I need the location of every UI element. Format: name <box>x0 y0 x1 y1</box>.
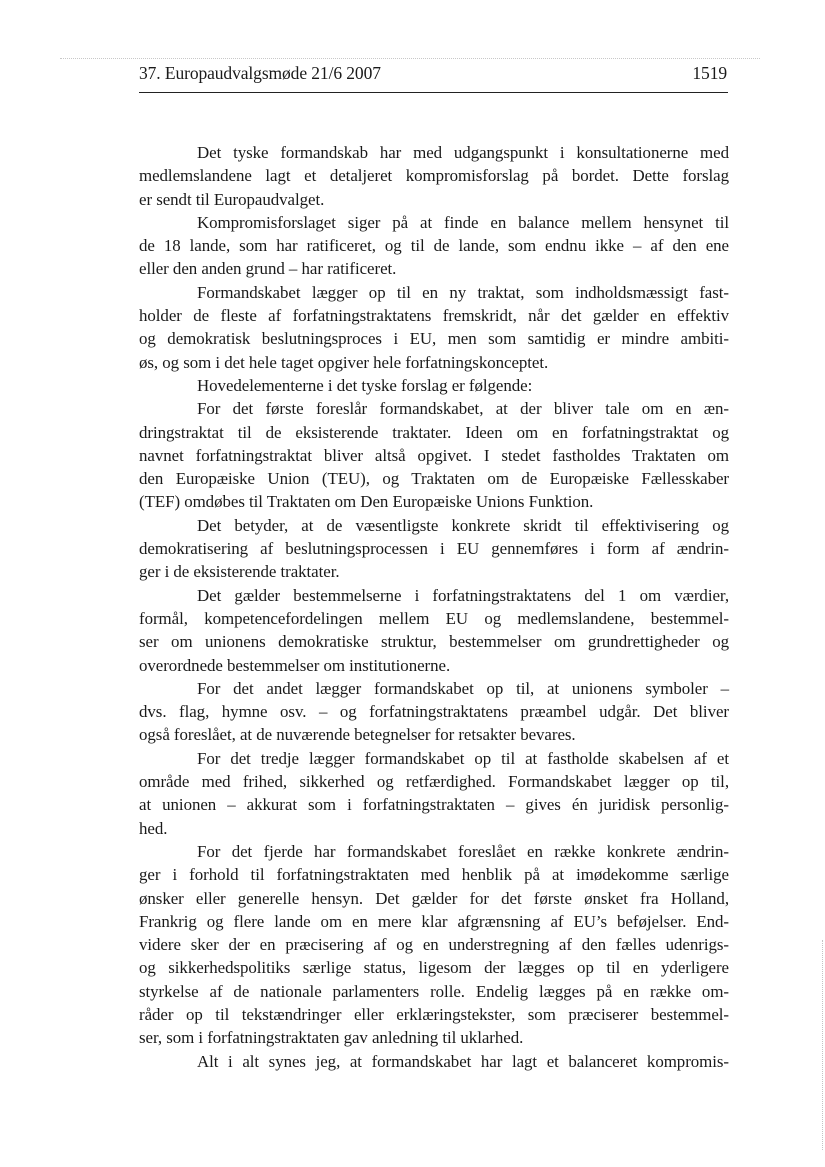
text-line: de 18 lande, som har ratificeret, og til… <box>139 234 729 257</box>
text-line: navnet forfatningstraktat bliver altså o… <box>139 444 729 467</box>
text-line: at unionen – akkurat som i forfatningstr… <box>139 793 729 816</box>
text-line: dvs. flag, hymne osv. – og forfatningstr… <box>139 700 729 723</box>
paragraph: Formandskabet lægger op til en ny trakta… <box>139 281 729 374</box>
paragraph: Det gælder bestemmelserne i forfatningst… <box>139 584 729 677</box>
text-line: Kompromisforslaget siger på at finde en … <box>139 211 729 234</box>
text-line: formål, kompetencefordelingen mellem EU … <box>139 607 729 630</box>
text-line: ger i de eksisterende traktater. <box>139 560 729 583</box>
text-line: (TEF) omdøbes til Traktaten om Den Europ… <box>139 490 729 513</box>
text-line: Det gælder bestemmelserne i forfatningst… <box>139 584 729 607</box>
header-rule <box>139 92 728 93</box>
paragraph: Det betyder, at de væsentligste konkrete… <box>139 514 729 584</box>
text-line: eller den anden grund – har ratificeret. <box>139 257 729 280</box>
running-head: 37. Europaudvalgsmøde 21/6 2007 1519 <box>139 63 727 87</box>
text-line: og demokratisk beslutningsproces i EU, m… <box>139 327 729 350</box>
scan-edge-top <box>60 58 760 59</box>
paragraph: For det andet lægger formandskabet op ti… <box>139 677 729 747</box>
text-line: og sikkerhedspolitiks særlige status, li… <box>139 956 729 979</box>
text-line: For det første foreslår formandskabet, a… <box>139 397 729 420</box>
paragraph: For det fjerde har formandskabet foreslå… <box>139 840 729 1050</box>
page-number: 1519 <box>692 63 727 84</box>
text-line: For det fjerde har formandskabet foreslå… <box>139 840 729 863</box>
paragraph: Kompromisforslaget siger på at finde en … <box>139 211 729 281</box>
text-line: styrkelse af de nationale parlamenters r… <box>139 980 729 1003</box>
scan-edge-right <box>822 940 823 1150</box>
text-line: holder de fleste af forfatningstraktaten… <box>139 304 729 327</box>
text-line: øs, og som i det hele taget opgiver hele… <box>139 351 729 374</box>
text-line: Frankrig og flere lande om en mere klar … <box>139 910 729 933</box>
text-line: område med frihed, sikkerhed og retfærdi… <box>139 770 729 793</box>
paragraph: Alt i alt synes jeg, at formandskabet ha… <box>139 1050 729 1073</box>
text-line: hed. <box>139 817 729 840</box>
text-line: Det betyder, at de væsentligste konkrete… <box>139 514 729 537</box>
text-line: ger i forhold til forfatningstraktaten m… <box>139 863 729 886</box>
paragraph: Det tyske formandskab har med udgangspun… <box>139 141 729 211</box>
text-line: ser, som i forfatningstraktaten gav anle… <box>139 1026 729 1049</box>
text-line: For det tredje lægger formandskabet op t… <box>139 747 729 770</box>
text-line: Formandskabet lægger op til en ny trakta… <box>139 281 729 304</box>
paragraph: For det første foreslår formandskabet, a… <box>139 397 729 513</box>
text-line: råder op til tekstændringer eller erklær… <box>139 1003 729 1026</box>
paragraph: For det tredje lægger formandskabet op t… <box>139 747 729 840</box>
running-head-title: 37. Europaudvalgsmøde 21/6 2007 <box>139 63 381 84</box>
text-line: Hovedelementerne i det tyske forslag er … <box>139 374 729 397</box>
text-line: Det tyske formandskab har med udgangspun… <box>139 141 729 164</box>
text-line: ser om unionens demokratiske struktur, b… <box>139 630 729 653</box>
text-line: overordnede bestemmelser om institutione… <box>139 654 729 677</box>
text-line: er sendt til Europaudvalget. <box>139 188 729 211</box>
text-line: For det andet lægger formandskabet op ti… <box>139 677 729 700</box>
text-line: også foreslået, at de nuværende betegnel… <box>139 723 729 746</box>
text-line: medlemslandene lagt et detaljeret kompro… <box>139 164 729 187</box>
text-line: den Europæiske Union (TEU), og Traktaten… <box>139 467 729 490</box>
body-text: Det tyske formandskab har med udgangspun… <box>139 141 729 1073</box>
text-line: dringstraktat til de eksisterende trakta… <box>139 421 729 444</box>
text-line: demokratisering af beslutningsprocessen … <box>139 537 729 560</box>
text-line: ønsker eller generelle hensyn. Det gælde… <box>139 887 729 910</box>
text-line: videre sker der en præcisering af og en … <box>139 933 729 956</box>
paragraph: Hovedelementerne i det tyske forslag er … <box>139 374 729 397</box>
text-line: Alt i alt synes jeg, at formandskabet ha… <box>139 1050 729 1073</box>
